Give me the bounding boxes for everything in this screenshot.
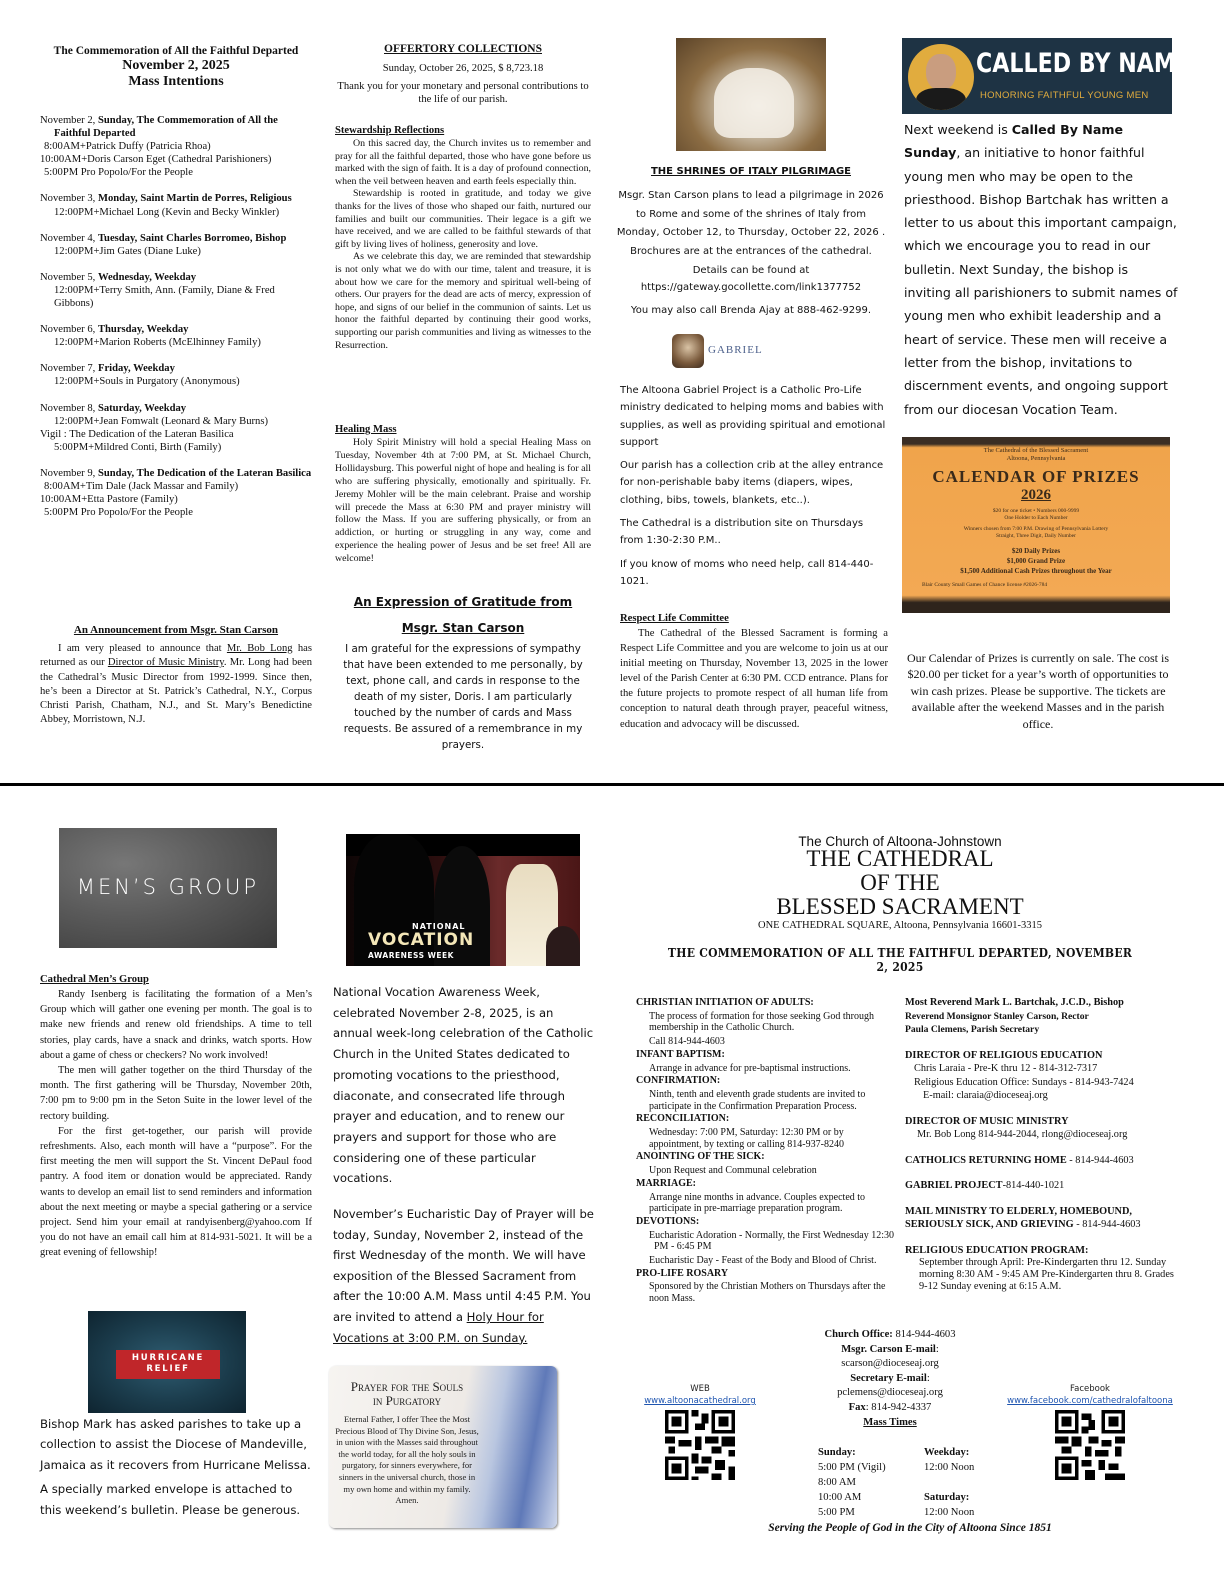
mass-intention-day: November 8, Saturday, Weekday 12:00PM+Je… bbox=[40, 402, 312, 454]
madonna-image bbox=[672, 334, 704, 368]
calendar-of-prizes-body: Our Calendar of Prizes is currently on s… bbox=[902, 650, 1174, 732]
pilgrimage-title: THE SHRINES OF ITALY PILGRIMAGE bbox=[616, 166, 886, 177]
pilgrimage-link[interactable]: https://gateway.gocollette.com/link13777… bbox=[616, 282, 886, 293]
offertory-thanks: Thank you for your monetary and personal… bbox=[335, 80, 591, 106]
mass-intention-day: November 6, Thursday, Weekday 12:00PM+Ma… bbox=[40, 323, 312, 349]
pieta-image bbox=[676, 38, 826, 151]
mens-group-image: MEN’S GROUP bbox=[59, 828, 277, 948]
respect-life-body: The Cathedral of the Blessed Sacrament i… bbox=[620, 626, 888, 732]
bob-long-link: Mr. Bob Long bbox=[227, 643, 293, 654]
gabriel-project-body: The Altoona Gabriel Project is a Catholi… bbox=[620, 382, 888, 596]
cathedral-address: ONE CATHEDRAL SQUARE, Altoona, Pennsylva… bbox=[640, 920, 1160, 931]
parish-tagline: Serving the People of God in the City of… bbox=[640, 1522, 1180, 1534]
contact-info: Church Office: 814-944-4603 Msgr. Carson… bbox=[790, 1328, 990, 1430]
mass-intention-day: November 7, Friday, Weekday 12:00PM+Soul… bbox=[40, 362, 312, 388]
msgr-email: scarson@dioceseaj.org bbox=[790, 1357, 990, 1372]
web-qr-code-icon[interactable] bbox=[665, 1410, 735, 1480]
mass-intention-day: November 3, Monday, Saint Martin de Porr… bbox=[40, 192, 312, 218]
bulletin-occasion: THE COMMEMORATION OF ALL THE FAITHFUL DE… bbox=[666, 946, 1134, 974]
offertory-title: OFFERTORY COLLECTIONS bbox=[335, 43, 591, 55]
called-by-name-body: Next weekend is Called By Name Sunday, a… bbox=[904, 118, 1178, 421]
offertory-amount: Sunday, October 26, 2025, $ 8,723.18 bbox=[335, 63, 591, 74]
pilgrimage-call: You may also call Brenda Ajay at 888-462… bbox=[616, 305, 886, 316]
mens-group-body: Randy Isenberg is facilitating the forma… bbox=[40, 987, 312, 1261]
mass-intentions-date: November 2, 2025 bbox=[40, 58, 312, 74]
eucharistic-day-body: November’s Eucharistic Day of Prayer wil… bbox=[333, 1204, 595, 1348]
mass-intentions-subtitle: Mass Intentions bbox=[40, 74, 312, 90]
staff-directory: Most Reverend Mark L. Bartchak, J.C.D., … bbox=[905, 996, 1185, 1293]
hurricane-relief-image: HURRICANE RELIEF bbox=[88, 1311, 246, 1413]
mass-intention-day: November 2, Sunday, The Commemoration of… bbox=[40, 114, 312, 179]
stewardship-body: On this sacred day, the Church invites u… bbox=[335, 138, 591, 352]
prayer-card-purgatory: Prayer for the Souls in Purgatory Eterna… bbox=[329, 1366, 557, 1528]
mass-intentions-list: November 2, Sunday, The Commemoration of… bbox=[40, 114, 312, 532]
called-by-name-banner: CALLED BY NAME HONORING FAITHFUL YOUNG M… bbox=[902, 38, 1172, 114]
mass-times-title: Mass Times bbox=[790, 1416, 990, 1431]
announcement-title: An Announcement from Msgr. Stan Carson bbox=[40, 624, 312, 636]
web-qr-block: WEB www.altoonacathedral.org bbox=[640, 1384, 760, 1480]
mass-intentions-header: The Commemoration of All the Faithful De… bbox=[40, 44, 312, 90]
mass-intentions-title: The Commemoration of All the Faithful De… bbox=[40, 44, 312, 58]
healing-mass-body: Holy Spirit Ministry will hold a special… bbox=[335, 437, 591, 566]
respect-life-title: Respect Life Committee bbox=[620, 613, 888, 624]
healing-mass-title: Healing Mass bbox=[335, 424, 591, 435]
hurricane-relief-body: Bishop Mark has asked parishes to take u… bbox=[40, 1414, 312, 1520]
mass-intention-day: November 5, Wednesday, Weekday 12:00PM+T… bbox=[40, 271, 312, 310]
vocation-awareness-week-image: NATIONAL VOCATION AWARENESS WEEK bbox=[346, 834, 580, 966]
gabriel-project-logo: GABRIEL bbox=[672, 334, 767, 368]
pilgrimage-body: Msgr. Stan Carson plans to lead a pilgri… bbox=[616, 187, 886, 281]
facebook-qr-block: Facebook www.facebook.com/cathedralofalt… bbox=[1000, 1384, 1180, 1480]
calendar-of-prizes-flyer: The Cathedral of the Blessed Sacrament A… bbox=[902, 437, 1170, 613]
page-divider bbox=[0, 783, 1224, 786]
website-link[interactable]: www.altoonacathedral.org bbox=[640, 1396, 760, 1406]
vocation-week-body: National Vocation Awareness Week, celebr… bbox=[333, 982, 595, 1189]
sacraments-list: CHRISTIAN INITIATION OF ADULTS: The proc… bbox=[636, 996, 898, 1305]
gratitude-title: An Expression of Gratitude from Msgr. St… bbox=[335, 589, 591, 641]
announcement-body: I am very pleased to announce that Mr. B… bbox=[40, 642, 312, 728]
facebook-link[interactable]: www.facebook.com/cathedralofaltoona bbox=[1000, 1396, 1180, 1406]
young-man-portrait bbox=[908, 44, 974, 110]
stewardship-title: Stewardship Reflections bbox=[335, 125, 591, 136]
mens-group-title: Cathedral Men’s Group bbox=[40, 974, 312, 985]
secretary-email: pclemens@dioceseaj.org bbox=[790, 1386, 990, 1401]
mass-intention-day: November 4, Tuesday, Saint Charles Borro… bbox=[40, 232, 312, 258]
facebook-qr-code-icon[interactable] bbox=[1055, 1410, 1125, 1480]
gratitude-body: I am grateful for the expressions of sym… bbox=[335, 641, 591, 753]
mass-intention-day: November 9, Sunday, The Dedication of th… bbox=[40, 467, 312, 519]
music-ministry-link: Director of Music Ministry bbox=[108, 657, 224, 668]
cathedral-title: THE CATHEDRAL OF THE BLESSED SACRAMENT bbox=[640, 847, 1160, 919]
